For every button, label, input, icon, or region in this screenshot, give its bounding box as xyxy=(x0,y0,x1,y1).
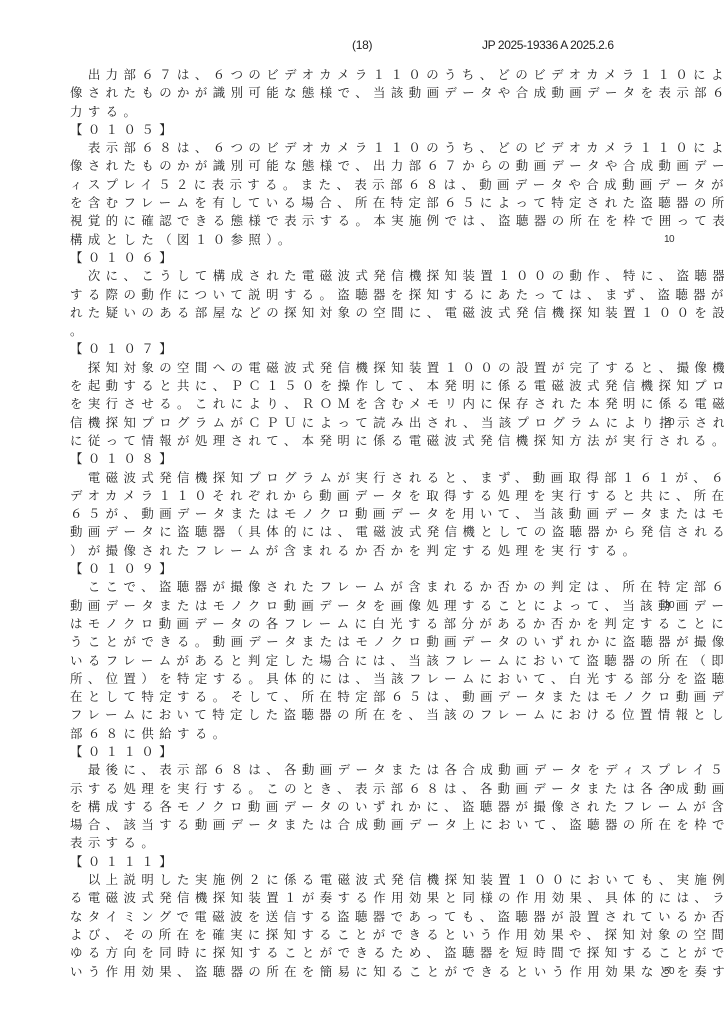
text-line: 探知対象の空間への電磁波式発信機探知装置１００の設置が完了すると、撮像機１０２ xyxy=(70,359,650,377)
paragraph-number: 【０１０６】 xyxy=(70,249,650,267)
text-line: いるフレームがあると判定した場合には、当該フレームにおいて盗聴器の所在（即ち、場 xyxy=(70,652,650,670)
text-line: 表示する。 xyxy=(70,834,650,852)
paragraph-number: 【０１１１】 xyxy=(70,853,650,871)
text-line: ゆる方向を同時に探知することができるため、盗聴器を短時間で探知することができると xyxy=(70,944,650,962)
text-line: ィスプレイ５２に表示する。また、表示部６８は、動画データや合成動画データが盗聴器 xyxy=(70,176,650,194)
text-line: デオカメラ１１０それぞれから動画データを取得する処理を実行すると共に、所在特定部 xyxy=(70,487,650,505)
line-number: 10 xyxy=(664,234,674,245)
text-line: フレームにおいて特定した盗聴器の所在を、当該のフレームにおける位置情報として表示 xyxy=(70,706,650,724)
text-line: ここで、盗聴器が撮像されたフレームが含まれるか否かの判定は、所在特定部６５が各 xyxy=(70,578,650,596)
text-line: 動画データに盗聴器（具体的には、電磁波式発信機としての盗聴器から発信される電磁波 xyxy=(70,523,650,541)
text-line: を起動すると共に、ＰＣ１５０を操作して、本発明に係る電磁波式発信機探知プログラム xyxy=(70,377,650,395)
text-line: よび、その所在を確実に探知することができるという作用効果や、探知対象の空間のあら xyxy=(70,926,650,944)
page-header: (18) JP 2025-19336 A 2025.2.6 xyxy=(0,38,724,54)
text-line: する際の動作について説明する。盗聴器を探知するにあたっては、まず、盗聴器が設置さ xyxy=(70,286,650,304)
line-number: 20 xyxy=(664,417,674,428)
text-line: 動画データまたはモノクロ動画データを画像処理することによって、当該動画データまた xyxy=(70,597,650,615)
text-line: 出力部６７は、６つのビデオカメラ１１０のうち、どのビデオカメラ１１０によって撮 xyxy=(70,66,650,84)
paragraph-number: 【０１０７】 xyxy=(70,340,650,358)
paragraph-number: 【０１１０】 xyxy=(70,743,650,761)
paragraph-number: 【０１０８】 xyxy=(70,450,650,468)
text-line: を実行させる。これにより、ＲＯＭを含むメモリ内に保存された本発明に係る電磁波式発 xyxy=(70,395,650,413)
document-body: 出力部６７は、６つのビデオカメラ１１０のうち、どのビデオカメラ１１０によって撮像… xyxy=(70,66,650,981)
text-line: 場合、該当する動画データまたは合成動画データ上において、盗聴器の所在を枠で囲って xyxy=(70,816,650,834)
text-line: 最後に、表示部６８は、各動画データまたは各合成動画データをディスプレイ５２に表 xyxy=(70,761,650,779)
text-line: ）が撮像されたフレームが含まれるか否かを判定する処理を実行する。 xyxy=(70,542,650,560)
text-line: 像されたものかが識別可能な態様で、出力部６７からの動画データや合成動画データをデ xyxy=(70,157,650,175)
text-line: れた疑いのある部屋などの探知対象の空間に、電磁波式発信機探知装置１００を設置する xyxy=(70,304,650,322)
text-line: ６５が、動画データまたはモノクロ動画データを用いて、当該動画データまたはモノクロ xyxy=(70,505,650,523)
text-line: を構成する各モノクロ動画データのいずれかに、盗聴器が撮像されたフレームが含まれる xyxy=(70,798,650,816)
text-line: 以上説明した実施例２に係る電磁波式発信機探知装置１００においても、実施例１に係 xyxy=(70,871,650,889)
line-number: 50 xyxy=(664,966,674,977)
text-line: 視覚的に確認できる態様で表示する。本実施例では、盗聴器の所在を枠で囲って表示する xyxy=(70,212,650,230)
text-line: を含むフレームを有している場合、所在特定部６５によって特定された盗聴器の所在を、 xyxy=(70,194,650,212)
paragraph-number: 【０１０９】 xyxy=(70,560,650,578)
text-line: 像されたものかが識別可能な態様で、当該動画データや合成動画データを表示部６８に出 xyxy=(70,84,650,102)
text-line: 力する。 xyxy=(70,103,650,121)
line-number: 40 xyxy=(664,783,674,794)
text-line: なタイミングで電磁波を送信する盗聴器であっても、盗聴器が設置されているか否か、お xyxy=(70,908,650,926)
text-line: 。 xyxy=(70,322,650,340)
publication-info: JP 2025-19336 A 2025.2.6 xyxy=(482,38,614,52)
text-line: る電磁波式発信機探知装置１が奏する作用効果と同様の作用効果、具体的には、ランダム xyxy=(70,889,650,907)
text-line: 示する処理を実行する。このとき、表示部６８は、各動画データまたは各合成動画データ xyxy=(70,780,650,798)
text-line: 信機探知プログラムがＣＰＵによって読み出され、当該プログラムにより指示される工程 xyxy=(70,414,650,432)
text-line: 部６８に供給する。 xyxy=(70,725,650,743)
text-line: はモノクロ動画データの各フレームに白光する部分があるか否かを判定することにより行 xyxy=(70,615,650,633)
text-line: いう作用効果、盗聴器の所在を簡易に知ることができるという作用効果などを奏すること xyxy=(70,963,650,981)
page-number: (18) xyxy=(352,38,372,52)
text-line: 表示部６８は、６つのビデオカメラ１１０のうち、どのビデオカメラ１１０によって撮 xyxy=(70,139,650,157)
text-line: うことができる。動画データまたはモノクロ動画データのいずれかに盗聴器が撮像されて xyxy=(70,633,650,651)
line-number: 30 xyxy=(664,600,674,611)
text-line: に従って情報が処理されて、本発明に係る電磁波式発信機探知方法が実行される。 xyxy=(70,432,650,450)
text-line: 次に、こうして構成された電磁波式発信機探知装置１００の動作、特に、盗聴器を探知 xyxy=(70,267,650,285)
paragraph-number: 【０１０５】 xyxy=(70,121,650,139)
text-line: 在として特定する。そして、所在特定部６５は、動画データまたはモノクロ動画データの xyxy=(70,688,650,706)
text-line: 電磁波式発信機探知プログラムが実行されると、まず、動画取得部１６１が、６つのビ xyxy=(70,469,650,487)
text-line: 構成とした（図１０参照）。 xyxy=(70,231,650,249)
text-line: 所、位置）を特定する。具体的には、当該フレームにおいて、白光する部分を盗聴器の所 xyxy=(70,670,650,688)
